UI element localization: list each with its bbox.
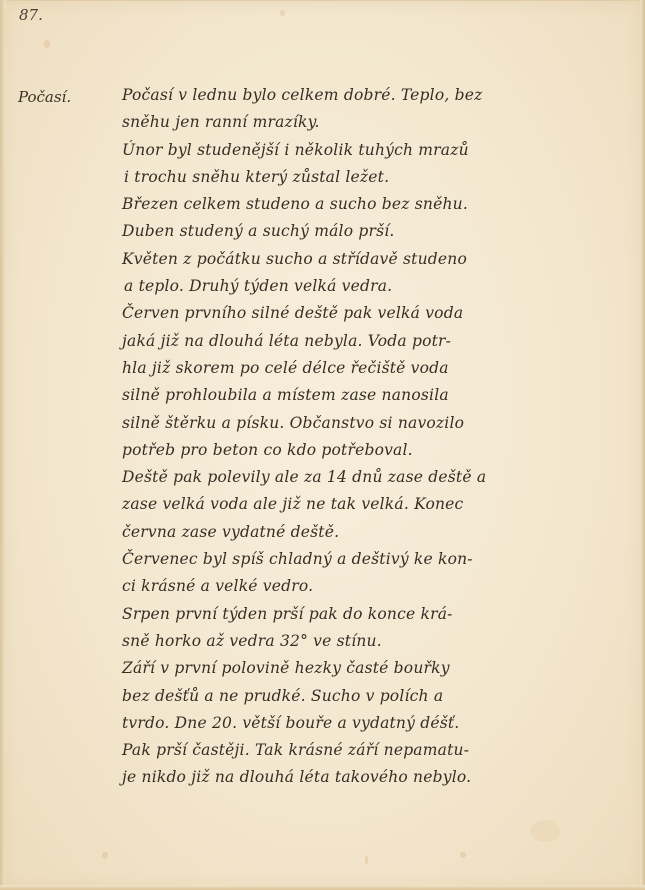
page-edge-bottom [0,885,645,890]
text-line: Září v první polovině hezky časté bouřky [122,655,582,682]
paper-stain [365,855,368,865]
text-line: i trochu sněhu který zůstal ležet. [122,164,582,191]
text-line: ci krásné a velké vedro. [122,573,582,600]
text-line: Srpen první týden prší pak do konce krá- [122,601,582,628]
paper-stain [102,852,108,859]
text-line: sněhu jen ranní mrazíky. [122,109,582,136]
text-line: silně štěrku a písku. Občanstvo si navoz… [122,410,582,437]
text-line: Duben studený a suchý málo prší. [122,218,582,245]
paper-stain [280,10,285,16]
text-line: Deště pak polevily ale za 14 dnů zase de… [122,464,582,491]
text-line: června zase vydatné deště. [122,519,582,546]
page-edge-left [0,0,6,890]
text-line: Červenec byl spíš chladný a deštivý ke k… [122,546,582,573]
text-line: silně prohloubila a místem zase nanosila [122,382,582,409]
text-line: jaká již na dlouhá léta nebyla. Voda pot… [122,328,582,355]
paper-stain [44,40,50,48]
manuscript-page: 87. Počasí. Počasí v lednu bylo celkem d… [0,0,645,890]
text-line: Únor byl studenější i několik tuhých mra… [122,137,582,164]
text-line: Červen prvního silné deště pak velká vod… [122,300,582,327]
text-line: potřeb pro beton co kdo potřeboval. [122,437,582,464]
text-line: sně horko až vedra 32° ve stínu. [122,628,582,655]
paper-stain [530,820,560,842]
text-line: Pak prší častěji. Tak krásné září nepama… [122,737,582,764]
text-line: Březen celkem studeno a sucho bez sněhu. [122,191,582,218]
page-edge-right [640,0,645,890]
text-line: hla již skorem po celé délce řečiště vod… [122,355,582,382]
text-line: bez dešťů a ne prudké. Sucho v polích a [122,683,582,710]
text-line: Počasí v lednu bylo celkem dobré. Teplo,… [122,82,582,109]
text-line: a teplo. Druhý týden velká vedra. [122,273,582,300]
text-line: tvrdo. Dne 20. větší bouře a vydatný déš… [122,710,582,737]
margin-heading: Počasí. [18,88,71,106]
handwritten-text-block: Počasí v lednu bylo celkem dobré. Teplo,… [122,82,582,792]
paper-stain [460,852,466,858]
text-line: je nikdo již na dlouhá léta takového neb… [122,764,582,791]
text-line: Květen z počátku sucho a střídavě studen… [122,246,582,273]
page-number: 87. [19,6,43,24]
text-line: zase velká voda ale již ne tak velká. Ko… [122,491,582,518]
